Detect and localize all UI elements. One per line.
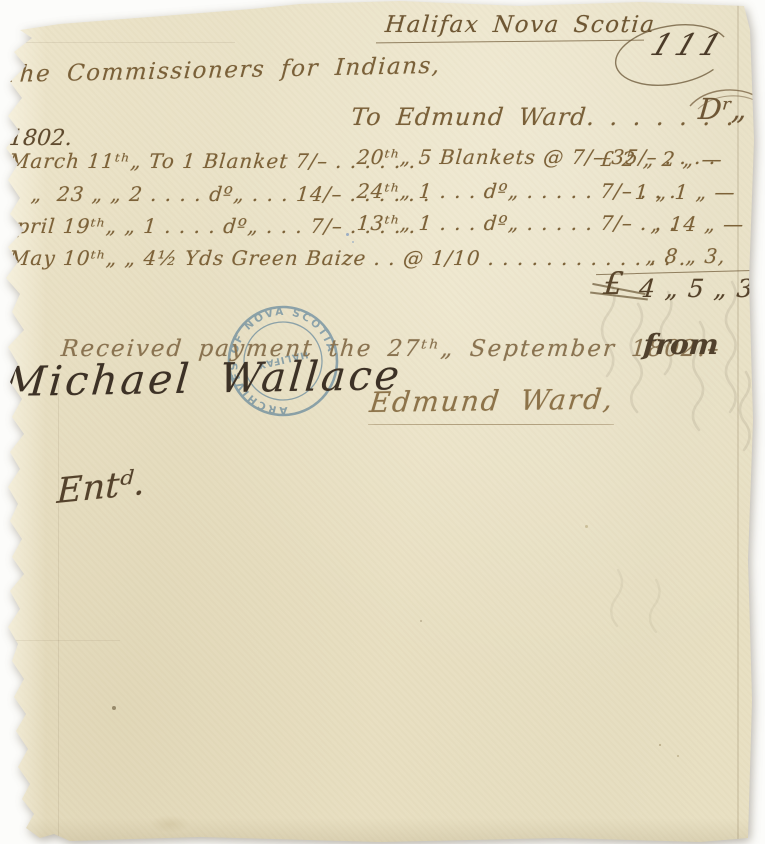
addressee-line: The Commissioners for Indians, — [2, 53, 442, 88]
account-row-cell: April 19ᵗʰ„ „ 1 . . . . dº„ . . . 7/– . … — [0, 214, 418, 238]
paper-stain — [150, 815, 190, 833]
account-row-cell: 13ᵗʰ„ 1 . . . dº„ . . . . . 7/– . . . — [356, 211, 678, 235]
dr-abbrev: Dʳ„ — [697, 92, 748, 126]
account-amount: „ 8 „ 3, — [645, 244, 727, 268]
receipt-from-word: from — [642, 328, 720, 361]
debtor-line: To Edmund Ward. . . . . . . — [350, 103, 736, 131]
vertical-crease-left — [58, 380, 59, 840]
paper-speck — [420, 620, 422, 622]
scan-background: Halifax Nova Scotia 111 The Commissioner… — [0, 0, 765, 844]
paper-speck — [112, 706, 116, 710]
bottom-edge-shade — [0, 818, 765, 844]
page-number: 111 — [646, 28, 731, 63]
total-amount: 4 „ 5 „ 3 — [638, 274, 755, 303]
account-amount: „ 14 „ — — [650, 212, 745, 236]
signature-edmund-ward: Edmund Ward, — [368, 383, 616, 419]
account-amount: £ 2 „ 2 „ — — [600, 147, 724, 171]
horizontal-crease-top — [0, 42, 235, 43]
paper-speck — [677, 755, 679, 757]
horizontal-crease-bottom — [0, 640, 120, 641]
ink-speck-blue — [352, 241, 354, 243]
account-row-cell: May 10ᵗʰ„ „ 4½ Yds Green Baize . . @ 1/1… — [8, 246, 688, 270]
heading-underline — [376, 40, 644, 44]
ink-speck-blue — [346, 233, 349, 236]
account-amount: 1 „ 1 „ — — [634, 180, 737, 204]
entered-note: Entᵈ. — [56, 463, 145, 512]
account-row-cell: 24ᵗʰ„ 1 . . . dº„ . . . . . 7/– . . . — [356, 179, 678, 203]
paper-speck — [585, 525, 588, 528]
paper-speck — [659, 744, 661, 746]
paper-shadow: Halifax Nova Scotia 111 The Commissioner… — [0, 0, 765, 844]
signature-flourish — [368, 424, 614, 425]
paper-sheet: Halifax Nova Scotia 111 The Commissioner… — [0, 0, 765, 844]
year-label: 1802. — [8, 126, 73, 151]
signature-michael-wallace: Michael Wallace — [2, 351, 404, 406]
ink-bleedthrough-lower — [598, 560, 718, 680]
